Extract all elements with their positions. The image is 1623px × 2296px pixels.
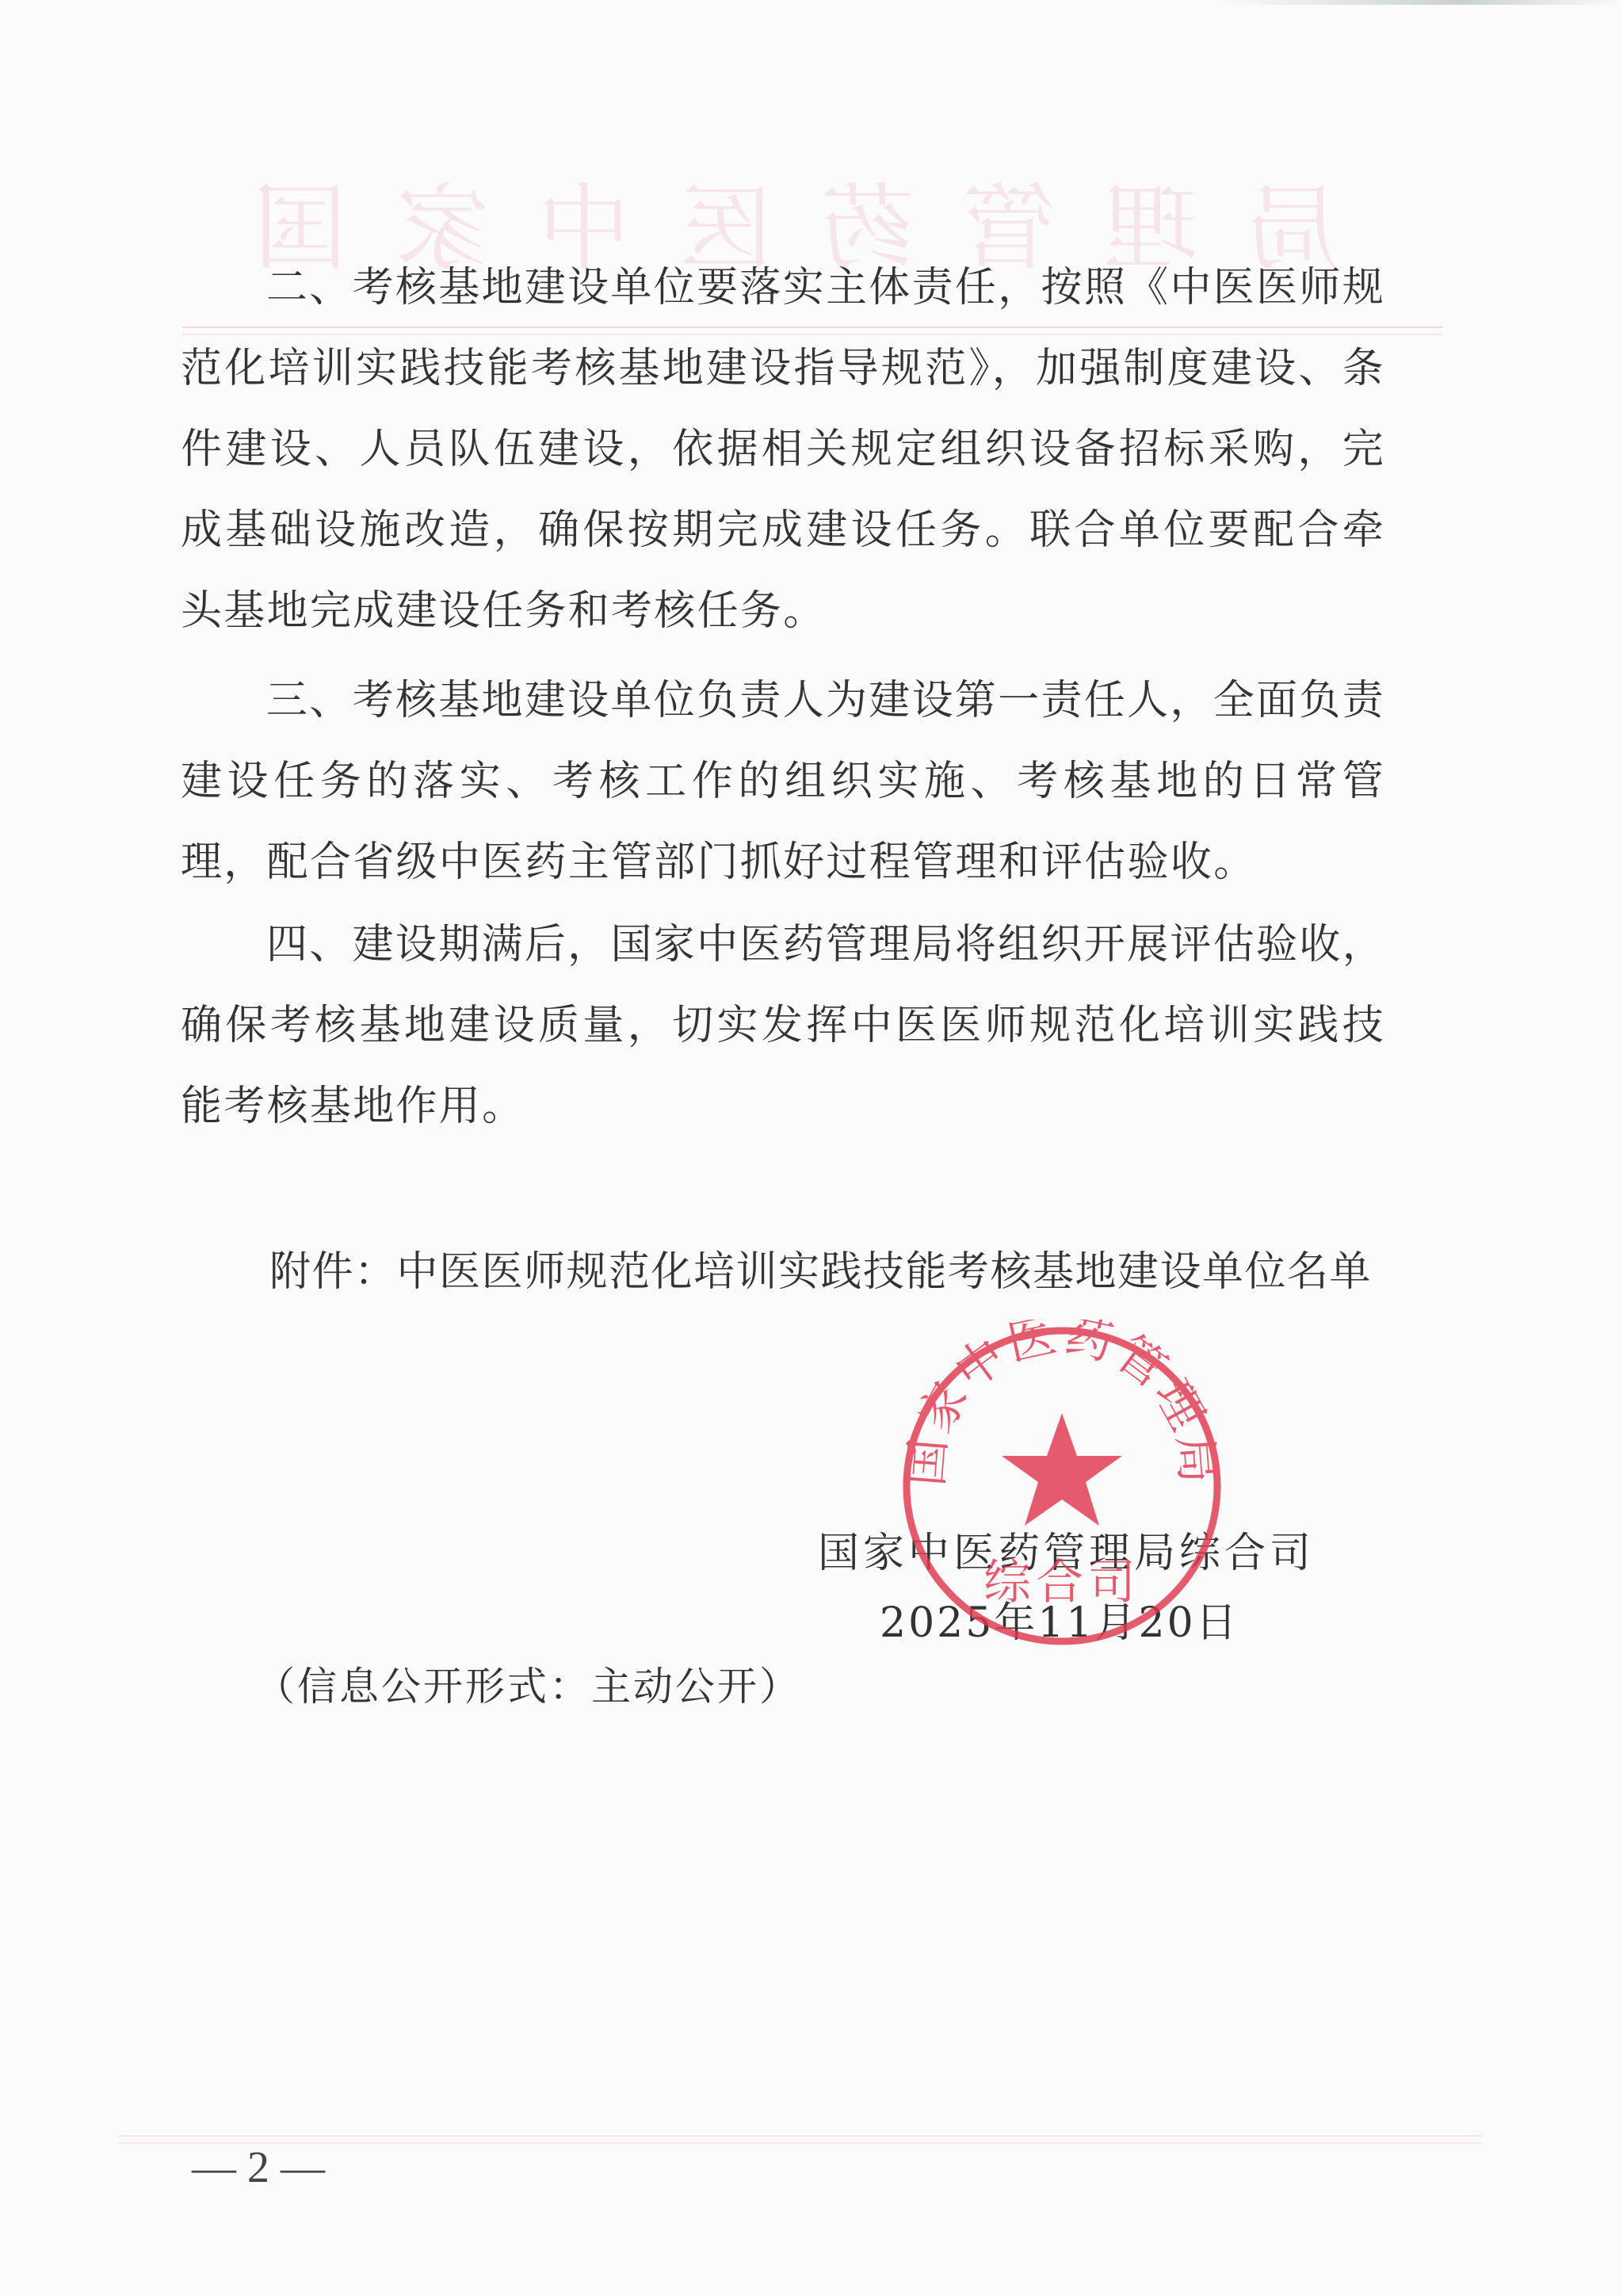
page-number: — 2 —	[192, 2140, 325, 2195]
attachment-line: 附件：中医医师规范化培训实践技能考核基地建设单位名单	[269, 1232, 1395, 1312]
paragraph-text: 二、考核基地建设单位要落实主体责任，按照《中医医师规范化培训实践技能考核基地建设…	[181, 247, 1385, 651]
paragraph-text: 三、考核基地建设单位负责人为建设第一责任人，全面负责建设任务的落实、考核工作的组…	[181, 660, 1385, 903]
paragraph-2: 二、考核基地建设单位要落实主体责任，按照《中医医师规范化培训实践技能考核基地建设…	[181, 247, 1385, 651]
paragraph-text: 四、建设期满后，国家中医药管理局将组织开展评估验收，确保考核基地建设质量，切实发…	[181, 904, 1385, 1147]
issuer-signature: 国家中医药管理局综合司	[818, 1514, 1315, 1593]
svg-text:国家中医药管理局: 国家中医药管理局	[898, 1320, 1226, 1488]
document-page: 局 理 管 药 医 中 家 国 二、考核基地建设单位要落实主体责任，按照《中医医…	[0, 0, 1623, 2296]
footer-rule	[119, 2135, 1482, 2137]
paragraph-3: 三、考核基地建设单位负责人为建设第一责任人，全面负责建设任务的落实、考核工作的组…	[181, 660, 1385, 903]
seal-arc-text: 国家中医药管理局	[898, 1320, 1226, 1488]
paragraph-4: 四、建设期满后，国家中医药管理局将组织开展评估验收，确保考核基地建设质量，切实发…	[181, 904, 1385, 1147]
issue-date: 2025年11月20日	[880, 1584, 1239, 1663]
info-disclosure-note: （信息公开形式：主动公开）	[255, 1647, 801, 1726]
seal-star-icon	[1002, 1413, 1122, 1526]
scan-edge-artifact	[0, 0, 1623, 5]
